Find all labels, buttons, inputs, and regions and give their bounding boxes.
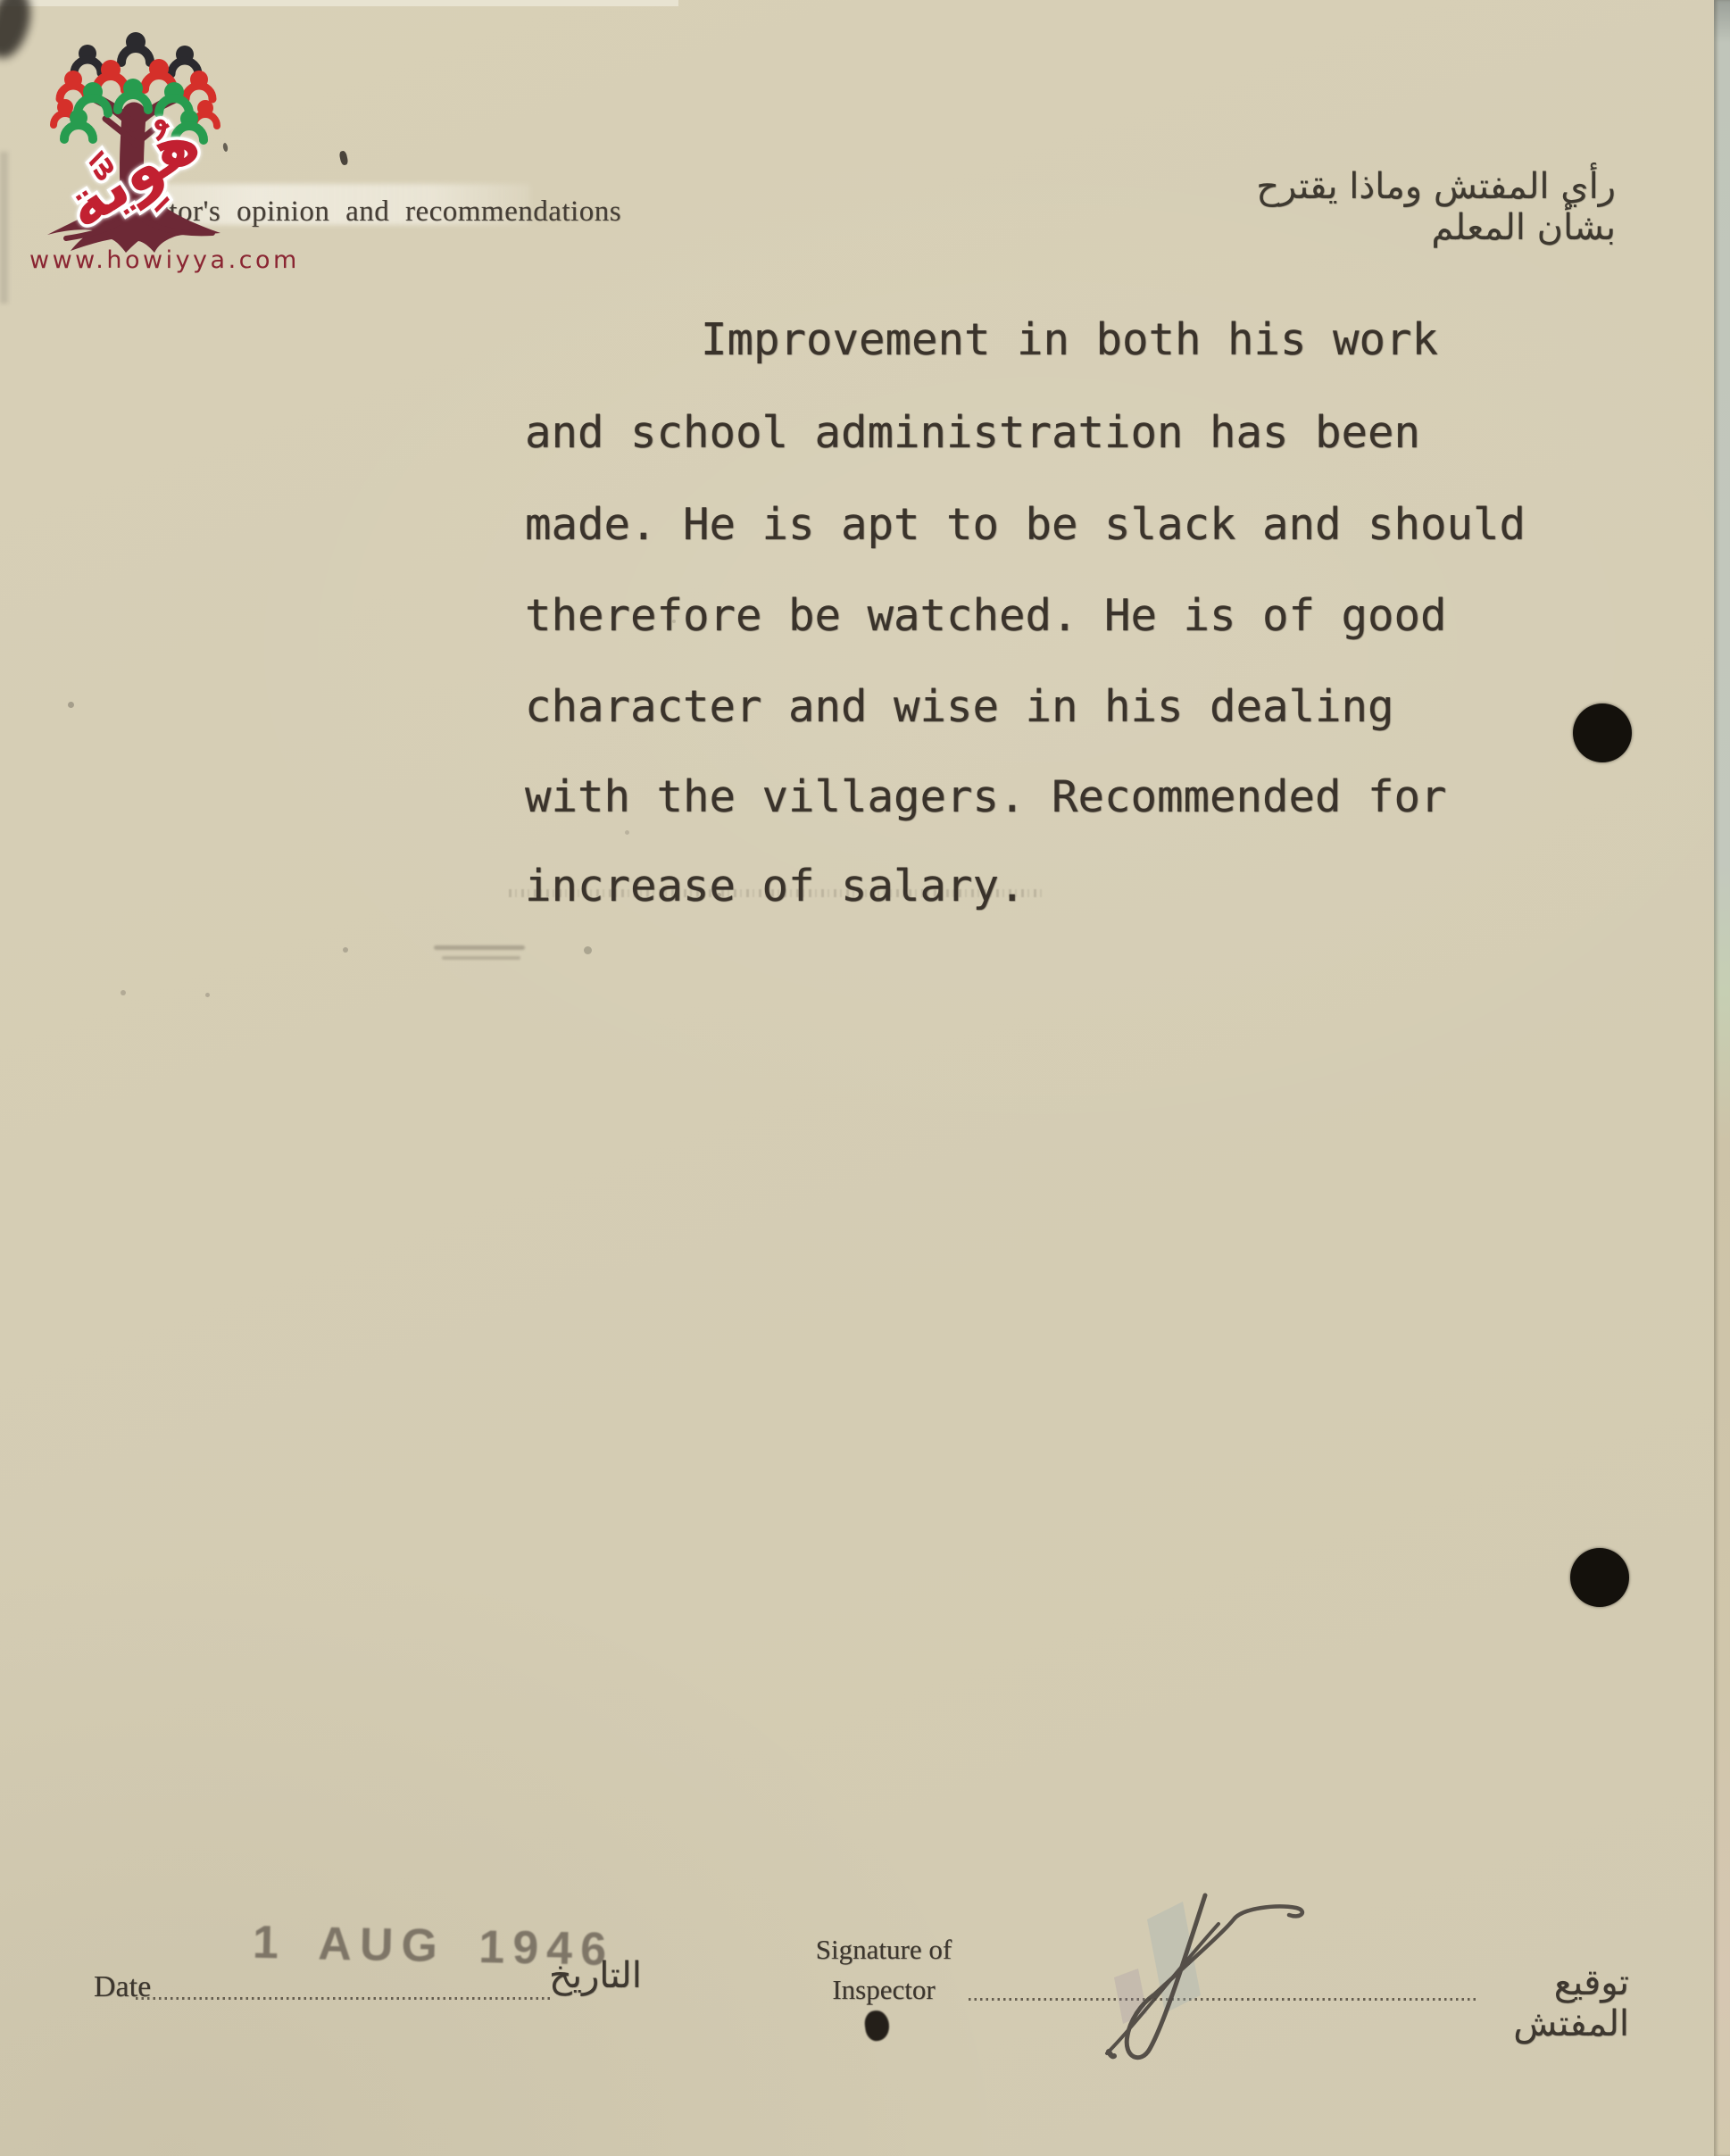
- ink-speck: [584, 946, 592, 954]
- body-line: therefore be watched. He is of good: [525, 590, 1447, 641]
- body-line: increase of salary.: [525, 861, 1026, 912]
- punch-hole-bottom: [1570, 1548, 1629, 1607]
- signature-label: Signature of Inspector: [778, 1929, 989, 2010]
- body-line: and school administration has been: [525, 407, 1420, 458]
- body-line: character and wise in his dealing: [525, 681, 1394, 732]
- scan-edge-right: [1714, 0, 1730, 2156]
- howiyya-logo-icon: هُوِيَّة: [0, 0, 268, 277]
- pencil-smudge: [442, 956, 520, 960]
- body-line: Improvement in both his work: [701, 314, 1438, 365]
- pencil-smudge: [434, 945, 525, 950]
- signature-label-ar: توقيع المفتش: [1428, 1962, 1629, 2044]
- date-label-ar: التاريخ: [549, 1955, 642, 1996]
- signature-label-line1: Signature of: [778, 1929, 989, 1969]
- punch-hole-top: [1573, 703, 1632, 762]
- signature-label-line2: Inspector: [778, 1969, 989, 2010]
- watermark-url: www.howiyya.com: [29, 246, 300, 274]
- ink-speck: [121, 990, 126, 995]
- scanned-document-page: pector's opinion and recommendations رأي…: [0, 0, 1730, 2156]
- date-dotted-line: [136, 1997, 553, 2000]
- body-line: with the villagers. Recommended for: [525, 771, 1447, 822]
- inspector-signature: [1098, 1870, 1330, 2085]
- header-title-ar: رأي المفتش وماذا يقترح بشأن المعلم: [1192, 166, 1616, 248]
- ink-speck: [625, 830, 629, 835]
- ink-speck: [338, 150, 348, 165]
- ink-speck: [68, 702, 74, 708]
- ink-blot: [863, 2009, 891, 2042]
- ink-speck: [343, 947, 348, 953]
- ink-speck: [205, 993, 210, 997]
- body-line: made. He is apt to be slack and should: [525, 499, 1526, 550]
